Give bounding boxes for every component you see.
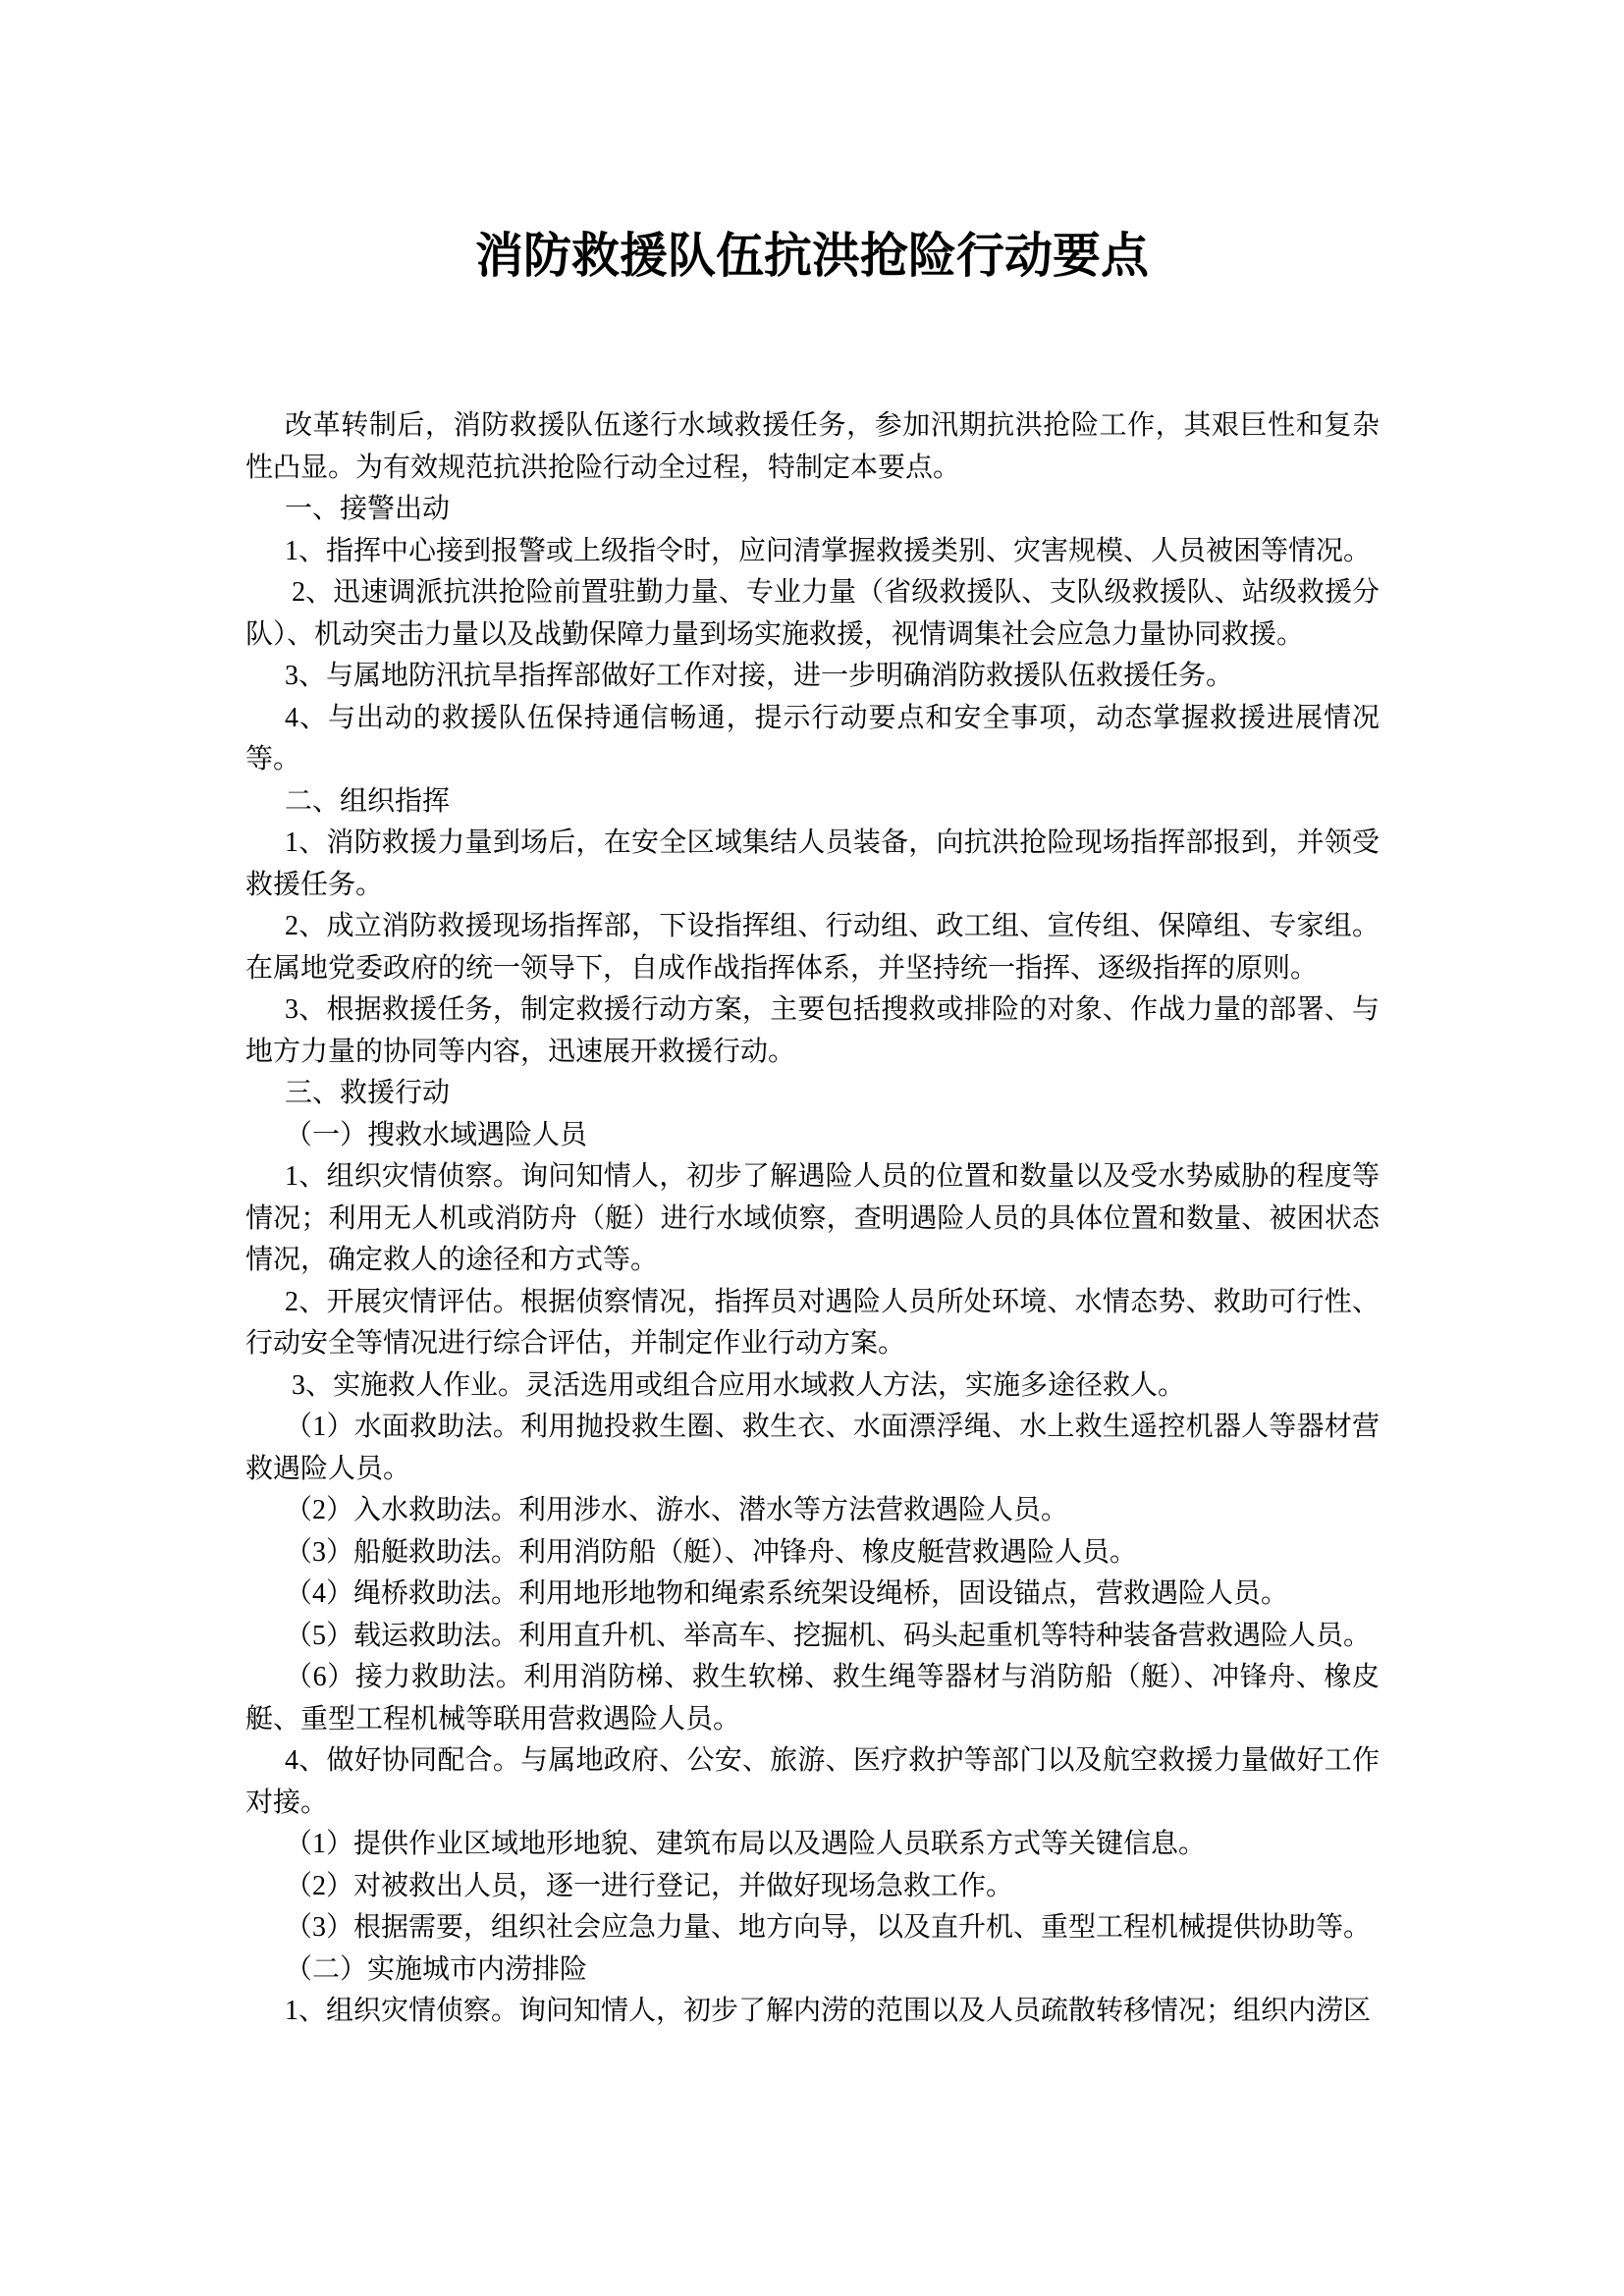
paragraph: （1）水面救助法。利用抛投救生圈、救生衣、水面漂浮绳、水上救生遥控机器人等器材营…	[245, 1407, 1380, 1490]
document-body: 改革转制后，消防救援队伍遂行水域救援任务，参加汛期抗洪抢险工作，其艰巨性和复杂性…	[245, 405, 1380, 2033]
paragraph-intro: 改革转制后，消防救援队伍遂行水域救援任务，参加汛期抗洪抢险工作，其艰巨性和复杂性…	[245, 405, 1380, 489]
paragraph: 3、根据救援任务，制定救援行动方案，主要包括搜救或排险的对象、作战力量的部署、与…	[245, 989, 1380, 1073]
paragraph: （3）船艇救助法。利用消防船（艇）、冲锋舟、橡皮艇营救遇险人员。	[245, 1532, 1380, 1575]
paragraph: （2）对被救出人员，逐一进行登记，并做好现场急救工作。	[245, 1866, 1380, 1908]
paragraph: 4、与出动的救援队伍保持通信畅通，提示行动要点和安全事项，动态掌握救援进展情况等…	[245, 698, 1380, 781]
paragraph: （5）载运救助法。利用直升机、举高车、挖掘机、码头起重机等特种装备营救遇险人员。	[245, 1616, 1380, 1658]
paragraph: （4）绳桥救助法。利用地形地物和绳索系统架设绳桥，固设锚点，营救遇险人员。	[245, 1574, 1380, 1616]
paragraph: （1）提供作业区域地形地貌、建筑布局以及遇险人员联系方式等关键信息。	[245, 1824, 1380, 1866]
paragraph: 3、实施救人作业。灵活选用或组合应用水域救人方法，实施多途径救人。	[245, 1365, 1380, 1408]
paragraph: 2、成立消防救援现场指挥部，下设指挥组、行动组、政工组、宣传组、保障组、专家组。…	[245, 906, 1380, 989]
section-heading-1: 一、接警出动	[245, 489, 1380, 531]
paragraph: 1、消防救援力量到场后，在安全区域集结人员装备，向抗洪抢险现场指挥部报到，并领受…	[245, 823, 1380, 906]
paragraph: 2、开展灾情评估。根据侦察情况，指挥员对遇险人员所处环境、水情态势、救助可行性、…	[245, 1282, 1380, 1365]
paragraph: 1、指挥中心接到报警或上级指令时，应问清掌握救援类别、灾害规模、人员被困等情况。	[245, 531, 1380, 573]
paragraph: （3）根据需要，组织社会应急力量、地方向导，以及直升机、重型工程机械提供协助等。	[245, 1907, 1380, 1949]
paragraph: 1、组织灾情侦察。询问知情人，初步了解遇险人员的位置和数量以及受水势威胁的程度等…	[245, 1156, 1380, 1282]
paragraph: 3、与属地防汛抗旱指挥部做好工作对接，进一步明确消防救援队伍救援任务。	[245, 656, 1380, 698]
section-heading-2: 二、组织指挥	[245, 781, 1380, 824]
document-page: 消防救援队伍抗洪抢险行动要点 改革转制后，消防救援队伍遂行水域救援任务，参加汛期…	[0, 0, 1624, 2296]
paragraph: 4、做好协同配合。与属地政府、公安、旅游、医疗救护等部门以及航空救援力量做好工作…	[245, 1740, 1380, 1824]
subsection-heading: （二）实施城市内涝排险	[245, 1949, 1380, 1992]
document-title: 消防救援队伍抗洪抢险行动要点	[0, 0, 1624, 281]
subsection-heading: （一）搜救水域遇险人员	[245, 1115, 1380, 1157]
paragraph: 2、迅速调派抗洪抢险前置驻勤力量、专业力量（省级救援队、支队级救援队、站级救援分…	[245, 572, 1380, 656]
section-heading-3: 三、救援行动	[245, 1073, 1380, 1115]
paragraph: （6）接力救助法。利用消防梯、救生软梯、救生绳等器材与消防船（艇）、冲锋舟、橡皮…	[245, 1657, 1380, 1740]
paragraph-truncated: 1、组织灾情侦察。询问知情人，初步了解内涝的范围以及人员疏散转移情况；组织内涝区	[245, 1991, 1380, 2033]
paragraph: （2）入水救助法。利用涉水、游水、潜水等方法营救遇险人员。	[245, 1490, 1380, 1532]
